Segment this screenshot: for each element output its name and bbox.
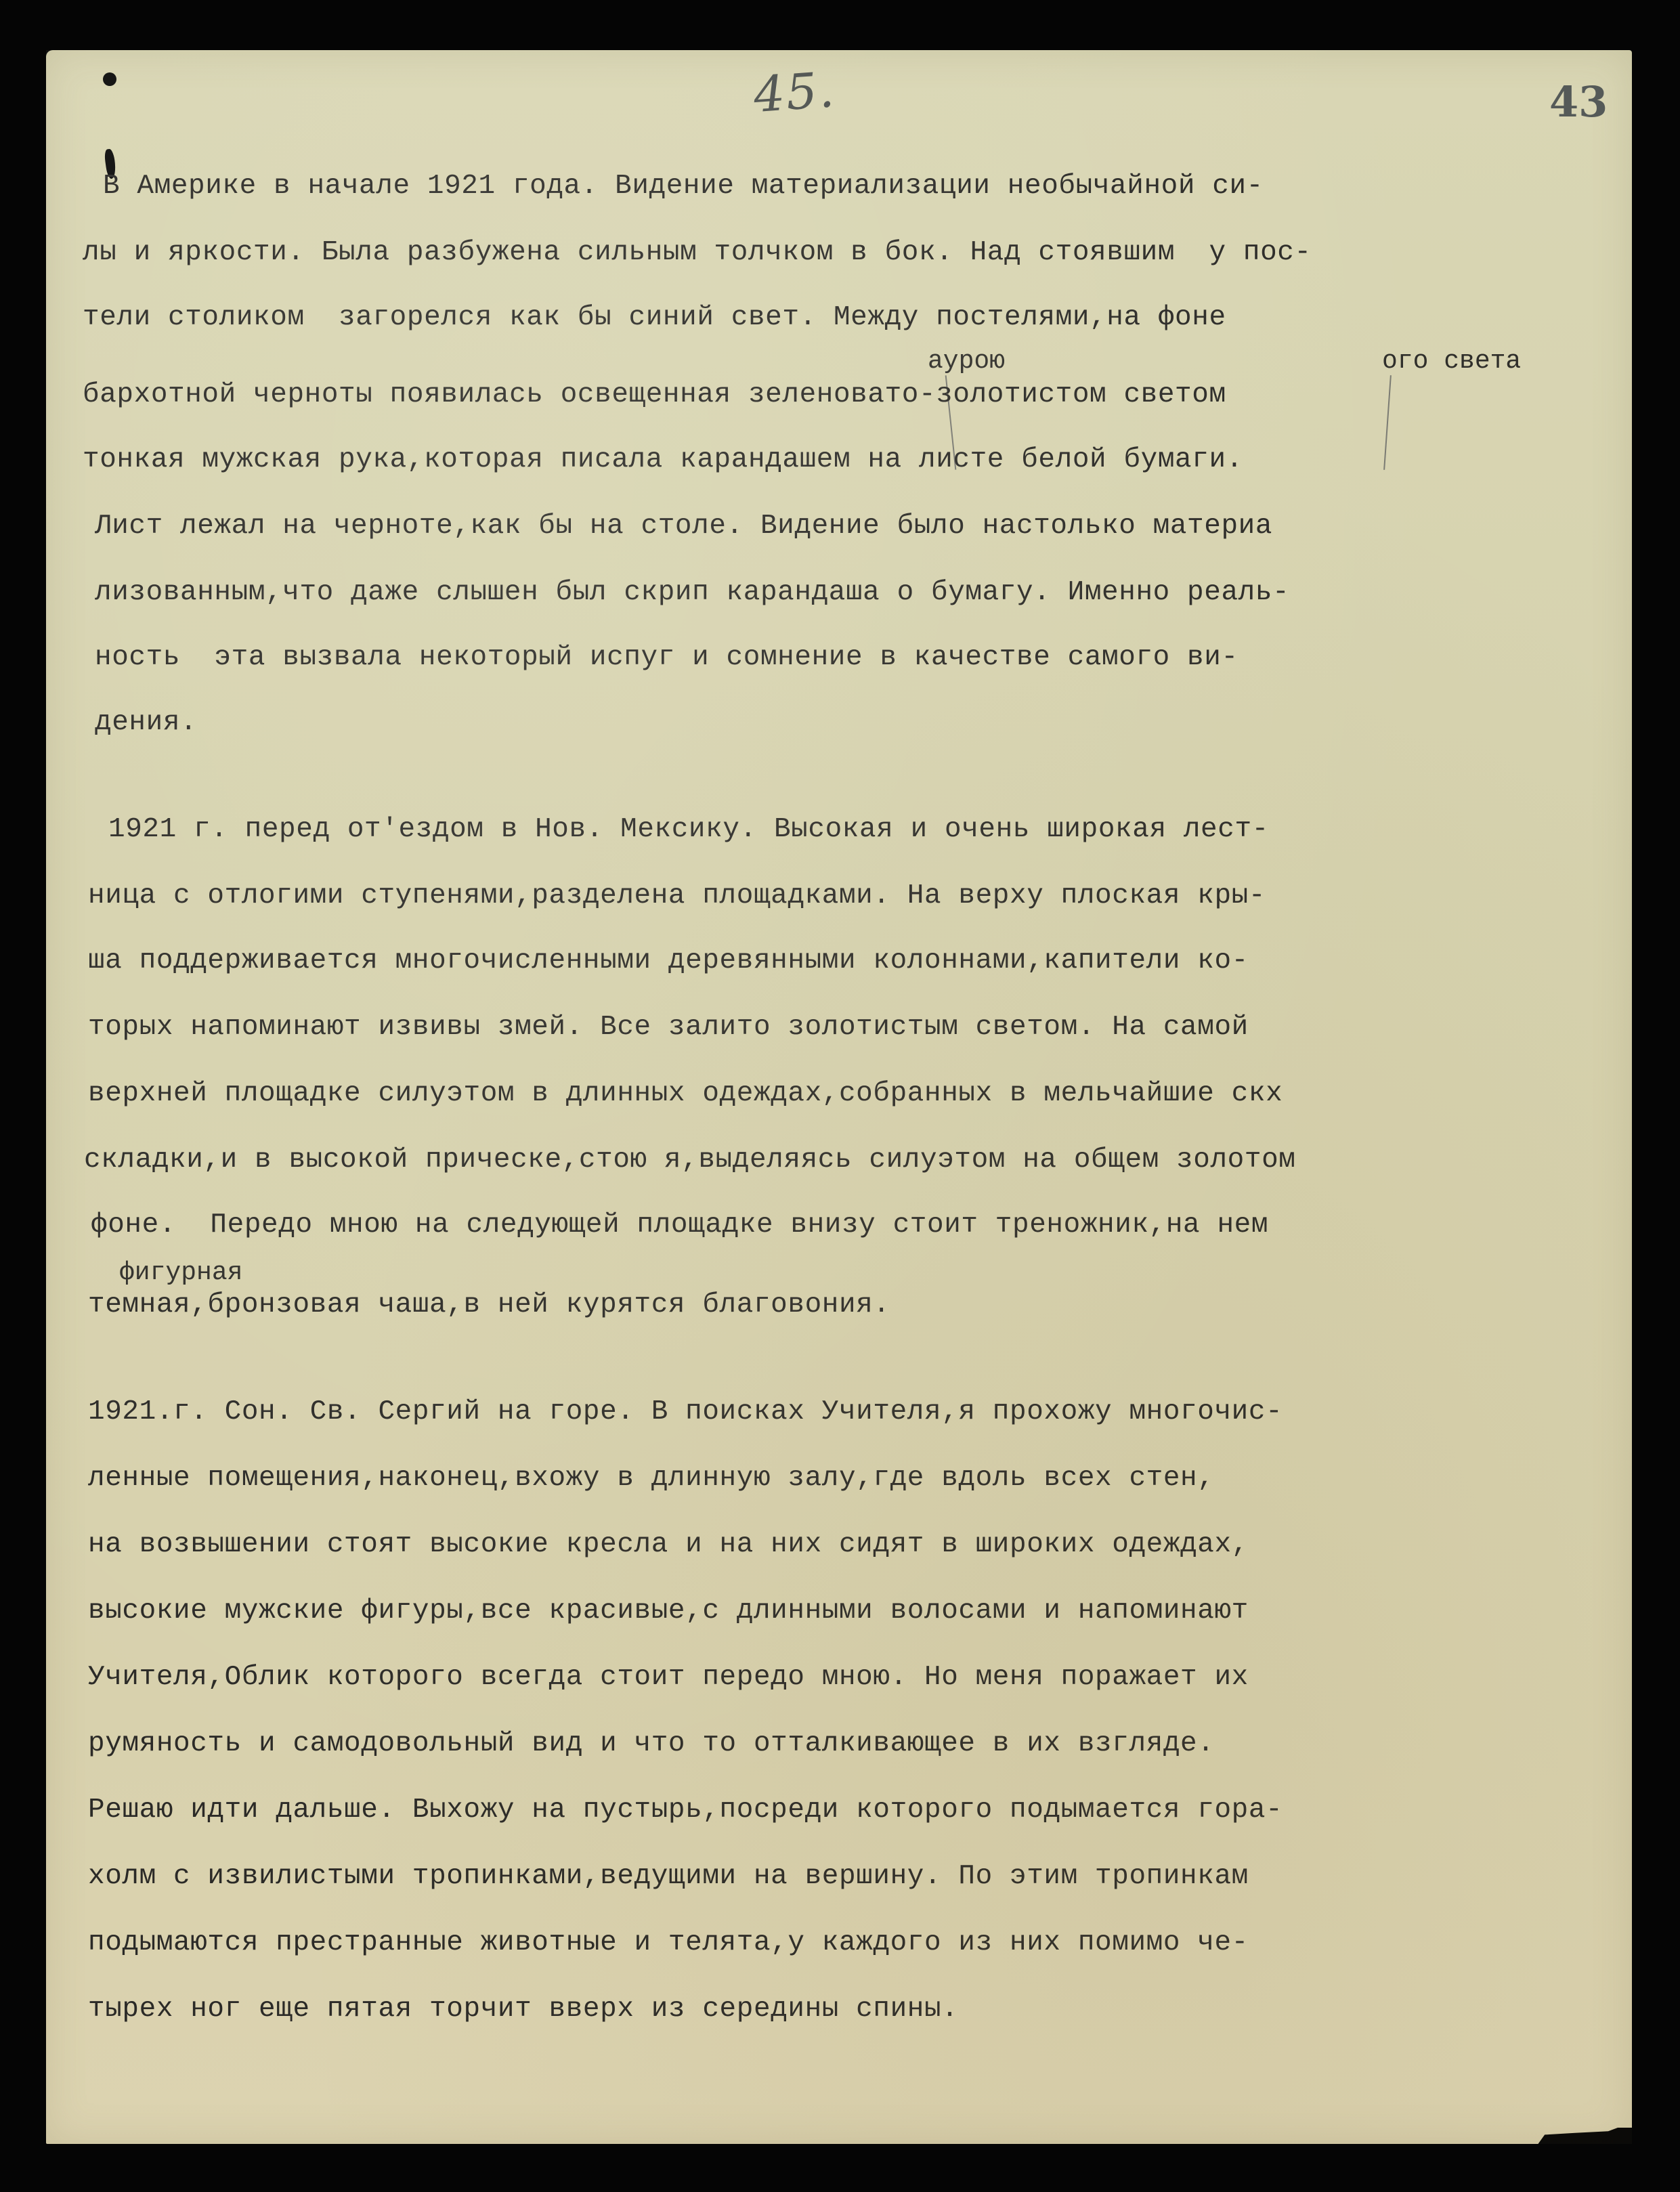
paragraph-2-line-3: ша поддерживается многочисленными деревя… bbox=[88, 945, 1249, 976]
insertion-mark bbox=[1383, 375, 1392, 470]
paragraph-3-line-7: Решаю идти дальше. Выхожу на пустырь,пос… bbox=[88, 1795, 1283, 1826]
paragraph-1-line-8: ность эта вызвала некоторый испуг и сомн… bbox=[95, 642, 1239, 673]
paragraph-3-line-6: румяность и самодовольный вид и что то о… bbox=[88, 1728, 1214, 1759]
paragraph-1-line-5: тонкая мужская рука,которая писала каран… bbox=[83, 444, 1243, 475]
paragraph-3-line-8: холм с извилистыми тропинками,ведущими н… bbox=[88, 1861, 1249, 1892]
paragraph-1-line-6: Лист лежал на черноте,как бы на столе. В… bbox=[95, 511, 1272, 542]
punch-hole-round bbox=[103, 72, 116, 86]
torn-corner bbox=[1537, 2128, 1632, 2145]
paragraph-2-line-1: 1921 г. перед от'ездом в Нов. Мексику. В… bbox=[108, 814, 1269, 845]
paragraph-2-line-2: ница с отлогими ступенями,разделена площ… bbox=[88, 880, 1266, 911]
paragraph-2-line-8: темная,бронзовая чаша,в ней курятся благ… bbox=[88, 1289, 890, 1320]
insert-ogo-sveta: ого света bbox=[1382, 347, 1521, 376]
insert-aurou: аурою bbox=[928, 347, 1005, 376]
handwritten-old-folio: 45. bbox=[752, 61, 837, 123]
paragraph-3-line-5: Учителя,Облик которого всегда стоит пере… bbox=[88, 1662, 1249, 1693]
paragraph-2-line-7: фоне. Передо мною на следующей площадке … bbox=[91, 1209, 1268, 1241]
paragraph-1-line-1: В Америке в начале 1921 года. Видение ма… bbox=[103, 171, 1264, 202]
paragraph-3-line-3: на возвышении стоят высокие кресла и на … bbox=[88, 1529, 1249, 1560]
paragraph-3-line-2: ленные помещения,наконец,вхожу в длинную… bbox=[88, 1463, 1214, 1494]
paragraph-1-line-4: бархотной черноты появилась освещенная з… bbox=[83, 379, 1226, 410]
paragraph-3-line-10: тырех ног еще пятая торчит вверх из сере… bbox=[88, 1994, 958, 2025]
paragraph-1-line-3: тели столиком загорелся как бы синий све… bbox=[83, 302, 1226, 333]
paragraph-3-line-9: подымаются престранные животные и телята… bbox=[88, 1927, 1249, 1958]
paragraph-1-line-7: лизованным,что даже слышен был скрип кар… bbox=[95, 577, 1289, 608]
paragraph-3-line-4: высокие мужские фигуры,все красивые,с дл… bbox=[88, 1595, 1249, 1627]
paragraph-1-line-9: дения. bbox=[95, 707, 197, 738]
paragraph-2-line-6: складки,и в высокой прическе,стою я,выде… bbox=[84, 1144, 1295, 1176]
paragraph-2-line-5: верхней площадке силуэтом в длинных одеж… bbox=[88, 1078, 1283, 1109]
typewritten-page: 45. 43 В Америке в начале 1921 года. Вид… bbox=[46, 50, 1632, 2144]
paragraph-3-line-1: 1921.г. Сон. Св. Сергий на горе. В поиск… bbox=[88, 1396, 1283, 1427]
handwritten-folio-number: 43 bbox=[1549, 77, 1608, 127]
paragraph-2-line-4: торых напоминают извивы змей. Все залито… bbox=[88, 1012, 1249, 1043]
insert-figurnaya: фигурная bbox=[119, 1258, 242, 1287]
paragraph-1-line-2: лы и яркости. Была разбужена сильным тол… bbox=[83, 237, 1312, 268]
